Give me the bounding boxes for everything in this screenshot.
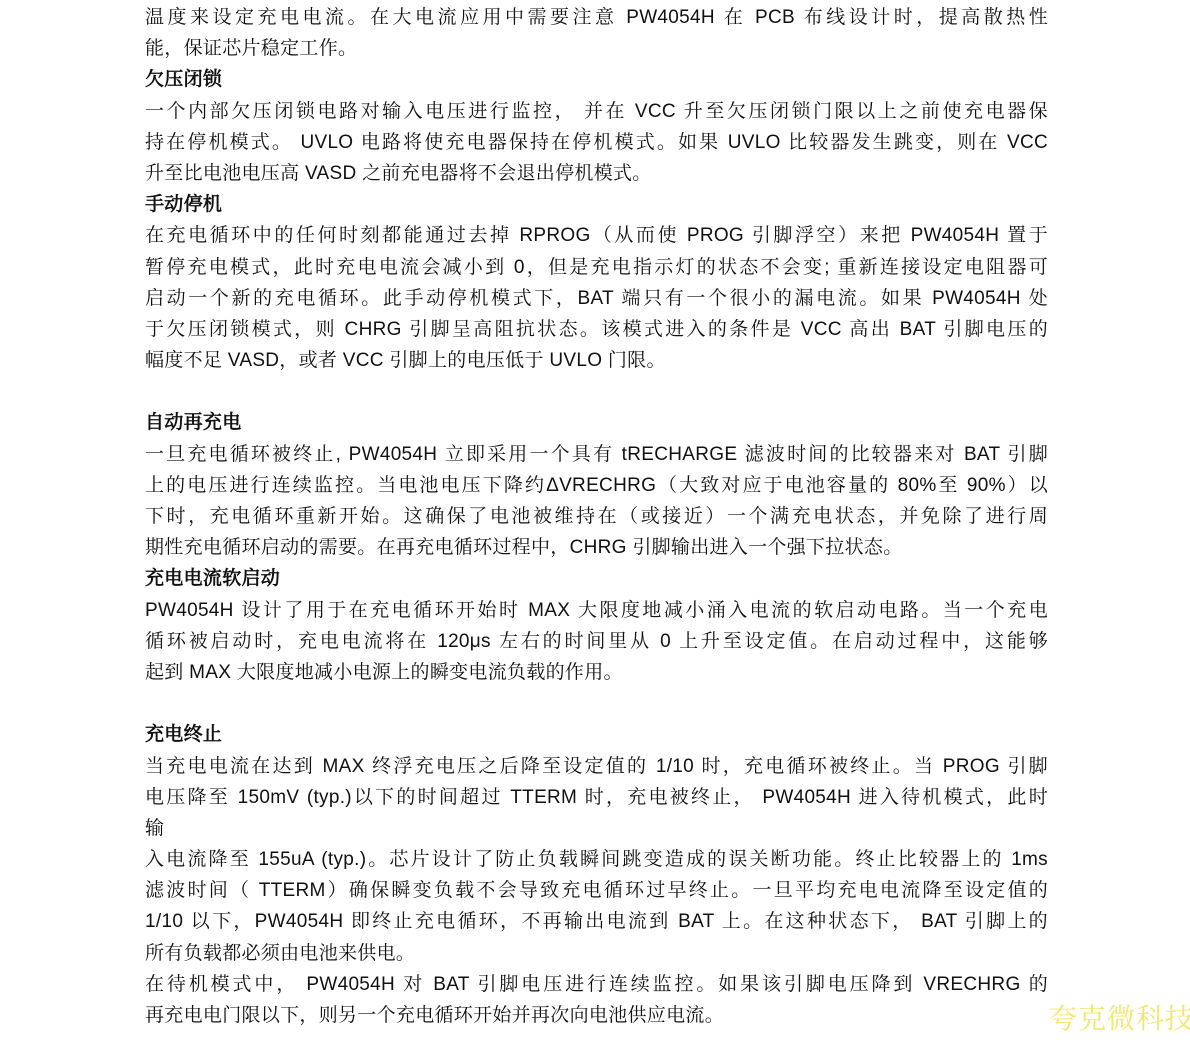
section-heading: 自动再充电 (145, 407, 1048, 438)
paragraph-line: 幅度不足 VASD，或者 VCC 引脚上的电压低于 UVLO 门限。 (145, 345, 1048, 376)
paragraph-line: PW4054H 设计了用于在充电循环开始时 MAX 大限度地减小涌入电流的软启动… (145, 595, 1048, 626)
section-heading: 充电终止 (145, 719, 1048, 750)
paragraph-line: 电压降至 150mV (typ.)以下的时间超过 TTERM 时，充电被终止， … (145, 782, 1048, 813)
paragraph-line: 升至比电池电压高 VASD 之前充电器将不会退出停机模式。 (145, 158, 1048, 189)
paragraph-line: 在待机模式中， PW4054H 对 BAT 引脚电压进行连续监控。如果该引脚电压… (145, 969, 1048, 1000)
paragraph-line: 滤波时间（ TTERM）确保瞬变负载不会导致充电循环过早终止。一旦平均充电电流降… (145, 875, 1048, 906)
paragraph-line: 循环被启动时，充电电流将在 120μs 左右的时间里从 0 上升至设定值。在启动… (145, 626, 1048, 657)
paragraph-line: 在充电循环中的任何时刻都能通过去掉 RPROG（从而使 PROG 引脚浮空）来把… (145, 220, 1048, 251)
paragraph-line: 启动一个新的充电循环。此手动停机模式下，BAT 端只有一个很小的漏电流。如果 P… (145, 283, 1048, 314)
paragraph-line: 于欠压闭锁模式，则 CHRG 引脚呈高阻抗状态。该模式进入的条件是 VCC 高出… (145, 314, 1048, 345)
paragraph-line: 期性充电循环启动的需要。在再充电循环过程中，CHRG 引脚输出进入一个强下拉状态… (145, 532, 1048, 563)
paragraph-line: 一旦充电循环被终止, PW4054H 立即采用一个具有 tRECHARGE 滤波… (145, 439, 1048, 470)
paragraph-line: 上的电压进行连续监控。当电池电压下降约ΔVRECHRG（大致对应于电池容量的 8… (145, 470, 1048, 501)
section-heading: 充电电流软启动 (145, 563, 1048, 594)
paragraph-line: 入电流降至 155uA (typ.)。芯片设计了防止负载瞬间跳变造成的误关断功能… (145, 844, 1048, 875)
section-heading: 欠压闭锁 (145, 64, 1048, 95)
paragraph-line: 输 (145, 813, 1048, 844)
paragraph-line: 当充电电流在达到 MAX 终浮充电压之后降至设定值的 1/10 时，充电循环被终… (145, 751, 1048, 782)
text-content: 温度来设定充电电流。在大电流应用中需要注意 PW4054H 在 PCB 布线设计… (145, 2, 1048, 1031)
section-heading: 手动停机 (145, 189, 1048, 220)
paragraph-line: 下时，充电循环重新开始。这确保了电池被维持在（或接近）一个满充电状态，并免除了进… (145, 501, 1048, 532)
paragraph-line: 1/10 以下，PW4054H 即终止充电循环，不再输出电流到 BAT 上。在这… (145, 906, 1048, 937)
document-page: 温度来设定充电电流。在大电流应用中需要注意 PW4054H 在 PCB 布线设计… (0, 0, 1190, 1044)
paragraph-line: 暂停充电模式，此时充电电流会减小到 0，但是充电指示灯的状态不会变; 重新连接设… (145, 252, 1048, 283)
paragraph-line: 一个内部欠压闭锁电路对输入电压进行监控， 并在 VCC 升至欠压闭锁门限以上之前… (145, 96, 1048, 127)
paragraph-line: 持在停机模式。 UVLO 电路将使充电器保持在停机模式。如果 UVLO 比较器发… (145, 127, 1048, 158)
blank-line (145, 376, 1048, 407)
paragraph-line: 所有负载都必须由电池来供电。 (145, 938, 1048, 969)
blank-line (145, 688, 1048, 719)
paragraph-line: 起到 MAX 大限度地减小电源上的瞬变电流负载的作用。 (145, 657, 1048, 688)
paragraph-line: 再充电电门限以下，则另一个充电循环开始并再次向电池供应电流。 (145, 1000, 1048, 1031)
watermark: 夸克微科技 (1049, 1002, 1190, 1036)
paragraph-line: 温度来设定充电电流。在大电流应用中需要注意 PW4054H 在 PCB 布线设计… (145, 2, 1048, 33)
paragraph-line: 能，保证芯片稳定工作。 (145, 33, 1048, 64)
